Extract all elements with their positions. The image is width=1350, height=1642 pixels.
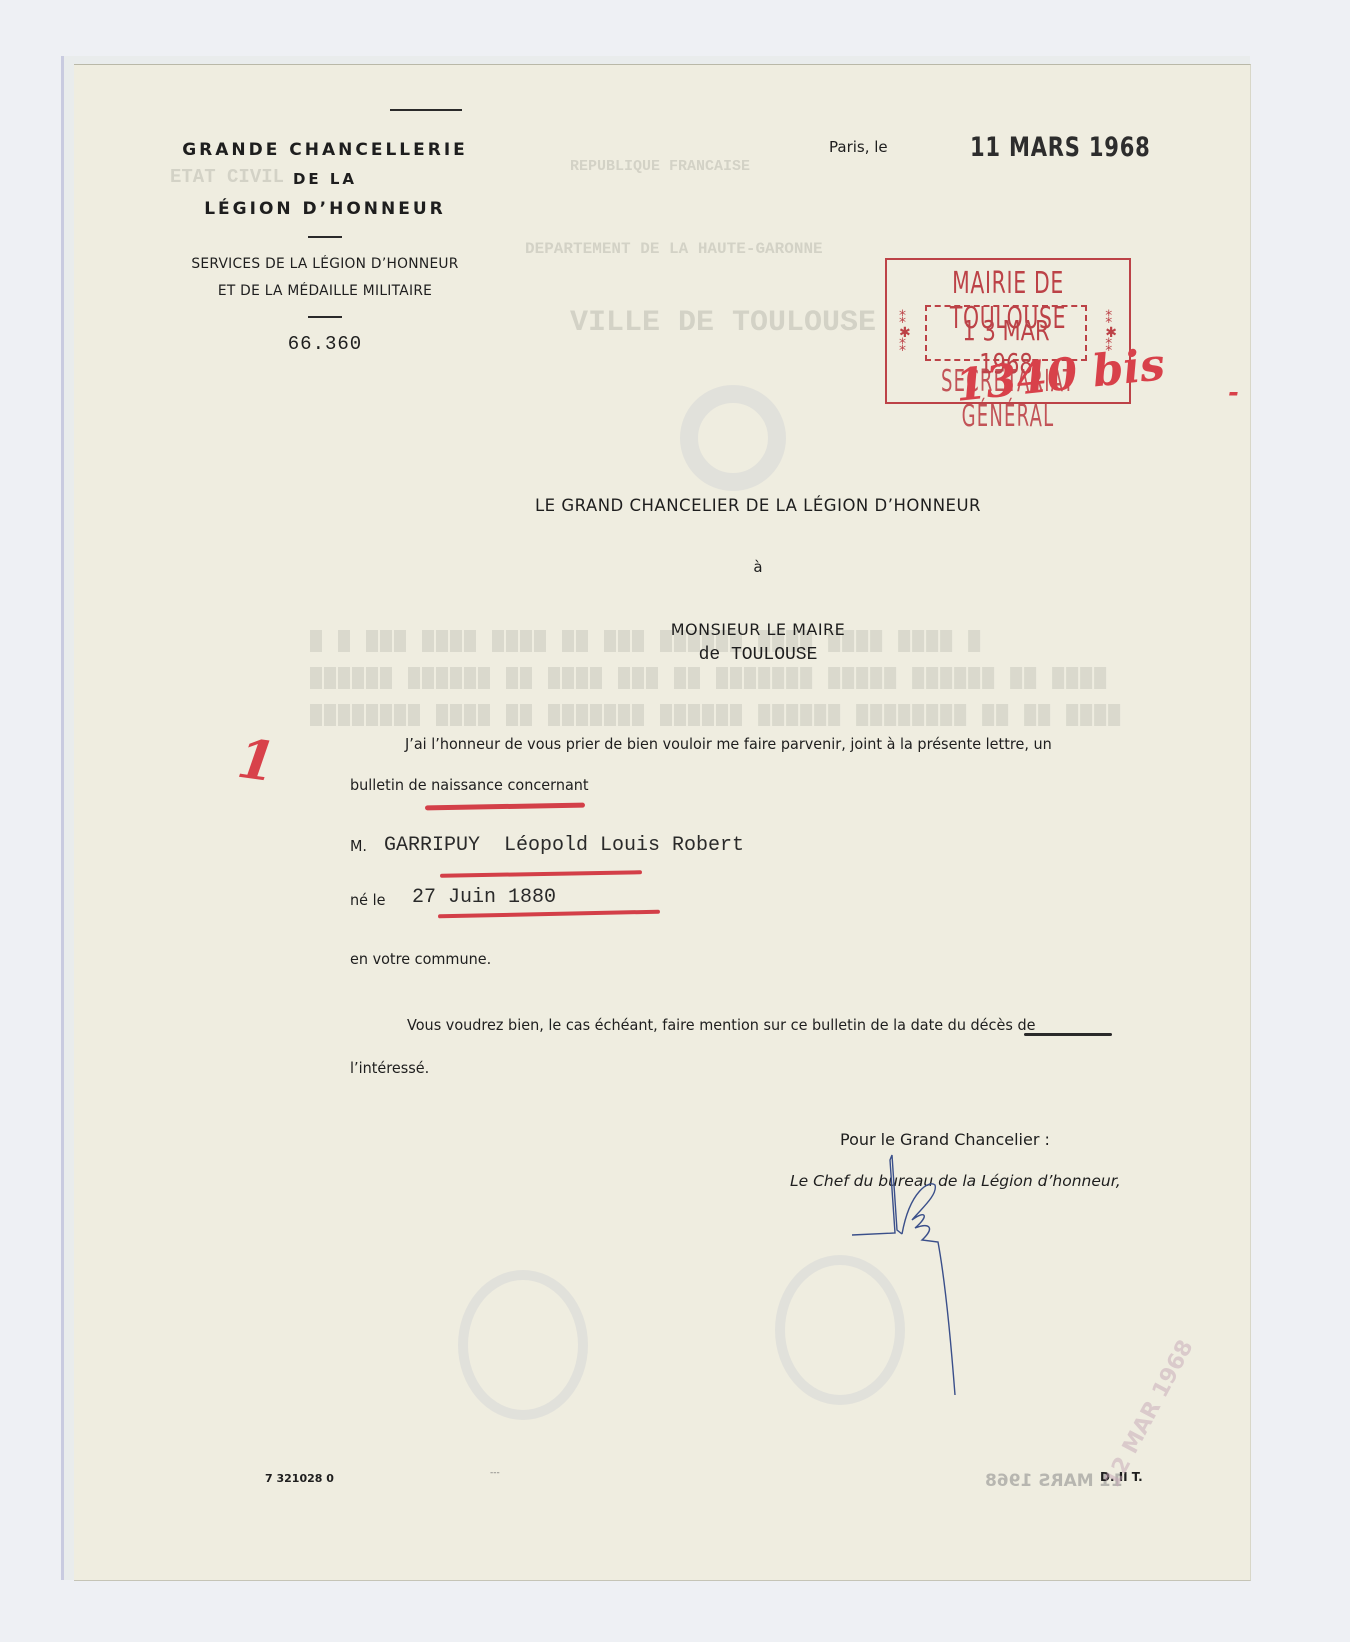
org-name-line2: DE LA [160,170,490,188]
body-paragraph2-line1: Vous voudrez bien, le cas échéant, faire… [407,1016,1035,1034]
paragraph2-text-end: de [1013,1016,1036,1034]
handwritten-signature [850,1150,1000,1400]
paragraph2-text: Vous voudrez bien, le cas échéant, faire… [407,1016,911,1034]
center-mark: --- [490,1468,500,1478]
bleed-through-text: VILLE DE TOULOUSE [570,306,876,340]
header-divider [308,236,342,238]
handwritten-dash: - [1228,378,1239,408]
bleed-through-text: ██████ ██████ ██ ████ ███ ██ ███████ ███… [310,667,1190,690]
letter-date: 11 MARS 1968 [970,132,1151,163]
recipient-line2: de TOULOUSE [0,645,1350,665]
header-divider [308,316,342,318]
person-prefix: M. [350,837,367,855]
org-name-line3: LÉGION D’HONNEUR [160,199,490,219]
service-line1: SERVICES DE LA LÉGION D’HONNEUR [168,256,482,272]
ink-underline [1024,1033,1112,1036]
born-prefix: né le [350,891,385,909]
commune-line: en votre commune. [350,950,491,968]
to-word: à [0,558,1350,576]
death-date-phrase: date du décès [911,1016,1013,1034]
bleed-through-emblem [680,385,786,491]
reference-number: 66.360 [160,333,490,355]
body-paragraph1-line1: J’ai l’honneur de vous prier de bien vou… [405,735,1052,753]
stamp-ornament-left: ⁑✱⁑ [899,312,911,354]
form-number: 7 321028 0 [265,1472,334,1485]
sender-line: LE GRAND CHANCELIER DE LA LÉGION D’HONNE… [0,496,1350,515]
service-line2: ET DE LA MÉDAILLE MILITAIRE [168,283,482,299]
bleed-through-text: DEPARTEMENT DE LA HAUTE-GARONNE [525,240,823,258]
born-date: 27 Juin 1880 [412,886,556,909]
person-name: GARRIPUY Léopold Louis Robert [384,834,744,857]
signature-line1: Pour le Grand Chancelier : [840,1130,1050,1149]
top-rule [390,109,462,111]
date-label: Paris, le [829,138,888,156]
bleed-through-seal [458,1270,588,1420]
bleed-through-text: REPUBLIQUE FRANCAISE [570,158,750,175]
body-paragraph2-line2: l’intéressé. [350,1059,429,1077]
recipient-line1: MONSIEUR LE MAIRE [0,620,1350,639]
org-name-line1: GRANDE CHANCELLERIE [160,140,490,160]
body-paragraph1-line2: bulletin de naissance concernant [350,776,589,794]
bleed-through-text: ████████ ████ ██ ███████ ██████ ██████ █… [310,704,1190,727]
